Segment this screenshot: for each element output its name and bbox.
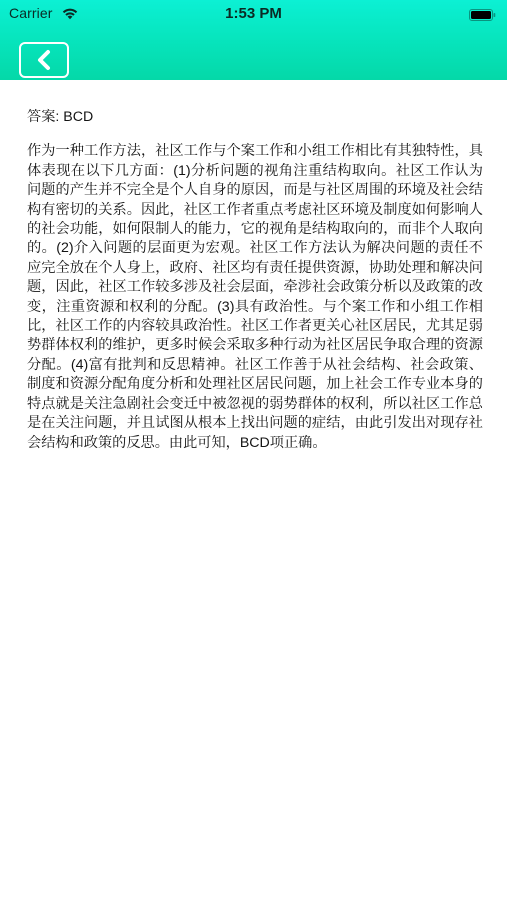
navigation-header: Carrier 1:53 PM bbox=[0, 0, 507, 80]
status-bar: Carrier 1:53 PM bbox=[0, 0, 507, 28]
answer-label: 答案: bbox=[27, 109, 59, 125]
answer-value: BCD bbox=[63, 109, 93, 125]
answer-content: 答案: BCD 作为一种工作方法，社区工作与个案工作和小组工作相比有其独特性，具… bbox=[27, 108, 483, 453]
status-time: 1:53 PM bbox=[0, 5, 507, 22]
chevron-left-icon bbox=[34, 49, 54, 71]
battery-full-icon bbox=[469, 8, 496, 20]
answer-line: 答案: BCD bbox=[27, 108, 483, 127]
answer-explanation: 作为一种工作方法，社区工作与个案工作和小组工作相比有其独特性，具体表现在以下几方… bbox=[27, 142, 483, 453]
back-button[interactable] bbox=[19, 42, 69, 78]
